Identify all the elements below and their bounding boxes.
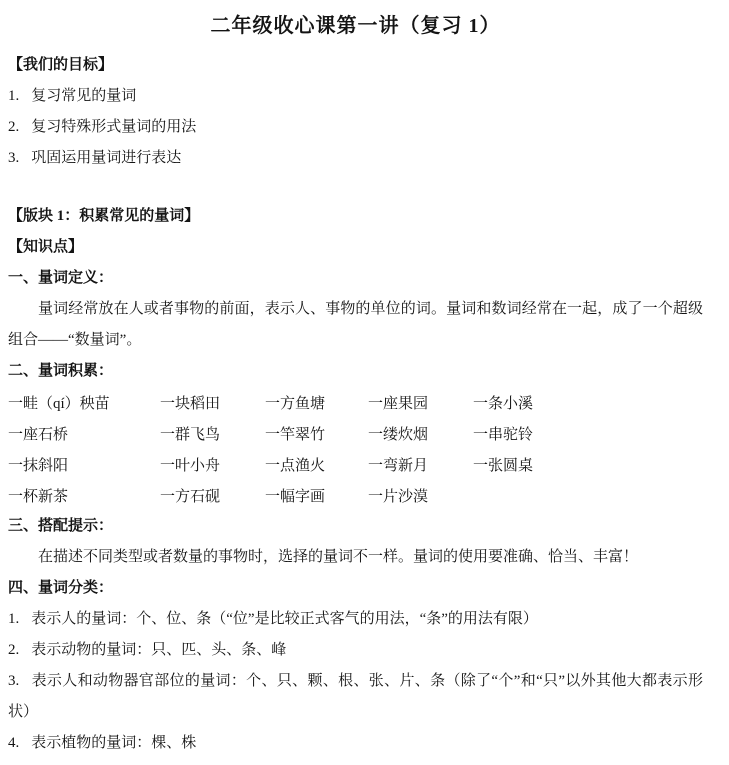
classification-item: 1.表示人的量词：个、位、条（“位”是比较正式客气的用法，“条”的用法有限） [8,604,703,635]
measure-word-item: 一方石砚 [160,485,265,506]
definition-heading: 一、量词定义： [8,263,703,294]
measure-word-item: 一竿翠竹 [265,423,368,444]
classification-item-text: 表示植物的量词：棵、株 [31,735,196,751]
goal-item-number: 1. [8,81,19,112]
measure-word-grid: 一畦（qí）秧苗 一块稻田 一方鱼塘 一座果园 一条小溪 一座石桥 一群飞鸟 一… [8,387,703,511]
measure-word-item: 一座果园 [368,392,473,413]
matching-tips-body: 在描述不同类型或者数量的事物时，选择的量词不一样。量词的使用要准确、恰当、丰富！ [8,542,703,573]
measure-word-item: 一块稻田 [160,392,265,413]
classification-item: 3.表示人和动物器官部位的量词：个、只、颗、根、张、片、条（除了“个”和“只”以… [8,666,703,728]
goal-item-text: 复习常见的量词 [31,88,136,104]
measure-word-item: 一张圆桌 [473,454,703,475]
measure-word-item: 一条小溪 [473,392,703,413]
measure-word-item: 一座石桥 [8,423,160,444]
classification-item-text: 表示人和动物器官部位的量词：个、只、颗、根、张、片、条（除了“个”和“只”以外其… [8,673,703,720]
classification-heading: 四、量词分类： [8,573,703,604]
classification-item-number: 2. [8,635,19,666]
section-heading: 【版块 1：积累常见的量词】 [8,201,703,232]
measure-word-item: 一弯新月 [368,454,473,475]
classification-item-number: 3. [8,666,19,697]
classification-item-number: 4. [8,728,19,759]
goal-item-text: 巩固运用量词进行表达 [31,150,181,166]
measure-word-item: 一串驼铃 [473,423,703,444]
goal-item: 2.复习特殊形式量词的用法 [8,112,703,143]
page-title: 二年级收心课第一讲（复习 1） [8,11,703,41]
measure-word-item: 一幅字画 [265,485,368,506]
matching-tips-heading: 三、搭配提示： [8,511,703,542]
lesson-document: 二年级收心课第一讲（复习 1） 【我们的目标】 1.复习常见的量词 2.复习特殊… [0,0,729,759]
goal-item: 1.复习常见的量词 [8,81,703,112]
measure-word-item: 一方鱼塘 [265,392,368,413]
classification-item-text: 表示动物的量词：只、匹、头、条、峰 [31,642,286,658]
goal-item: 3.巩固运用量词进行表达 [8,143,703,174]
measure-word-item: 一点渔火 [265,454,368,475]
goal-item-number: 3. [8,143,19,174]
goals-heading: 【我们的目标】 [8,50,703,81]
classification-item: 4.表示植物的量词：棵、株 [8,728,703,759]
classification-item-number: 1. [8,604,19,635]
classification-item-text: 表示人的量词：个、位、条（“位”是比较正式客气的用法，“条”的用法有限） [31,611,538,627]
measure-word-item: 一叶小舟 [160,454,265,475]
measure-word-item: 一缕炊烟 [368,423,473,444]
measure-word-item: 一群飞鸟 [160,423,265,444]
measure-word-item: 一抹斜阳 [8,454,160,475]
knowledge-points-heading: 【知识点】 [8,232,703,263]
measure-word-item: 一杯新茶 [8,485,160,506]
accumulation-heading: 二、量词积累： [8,356,703,387]
classification-item: 2.表示动物的量词：只、匹、头、条、峰 [8,635,703,666]
measure-word-item: 一片沙漠 [368,485,473,506]
goal-item-text: 复习特殊形式量词的用法 [31,119,196,135]
measure-word-item: 一畦（qí）秧苗 [8,392,160,413]
definition-body: 量词经常放在人或者事物的前面，表示人、事物的单位的词。量词和数词经常在一起，成了… [8,294,703,356]
goal-item-number: 2. [8,112,19,143]
